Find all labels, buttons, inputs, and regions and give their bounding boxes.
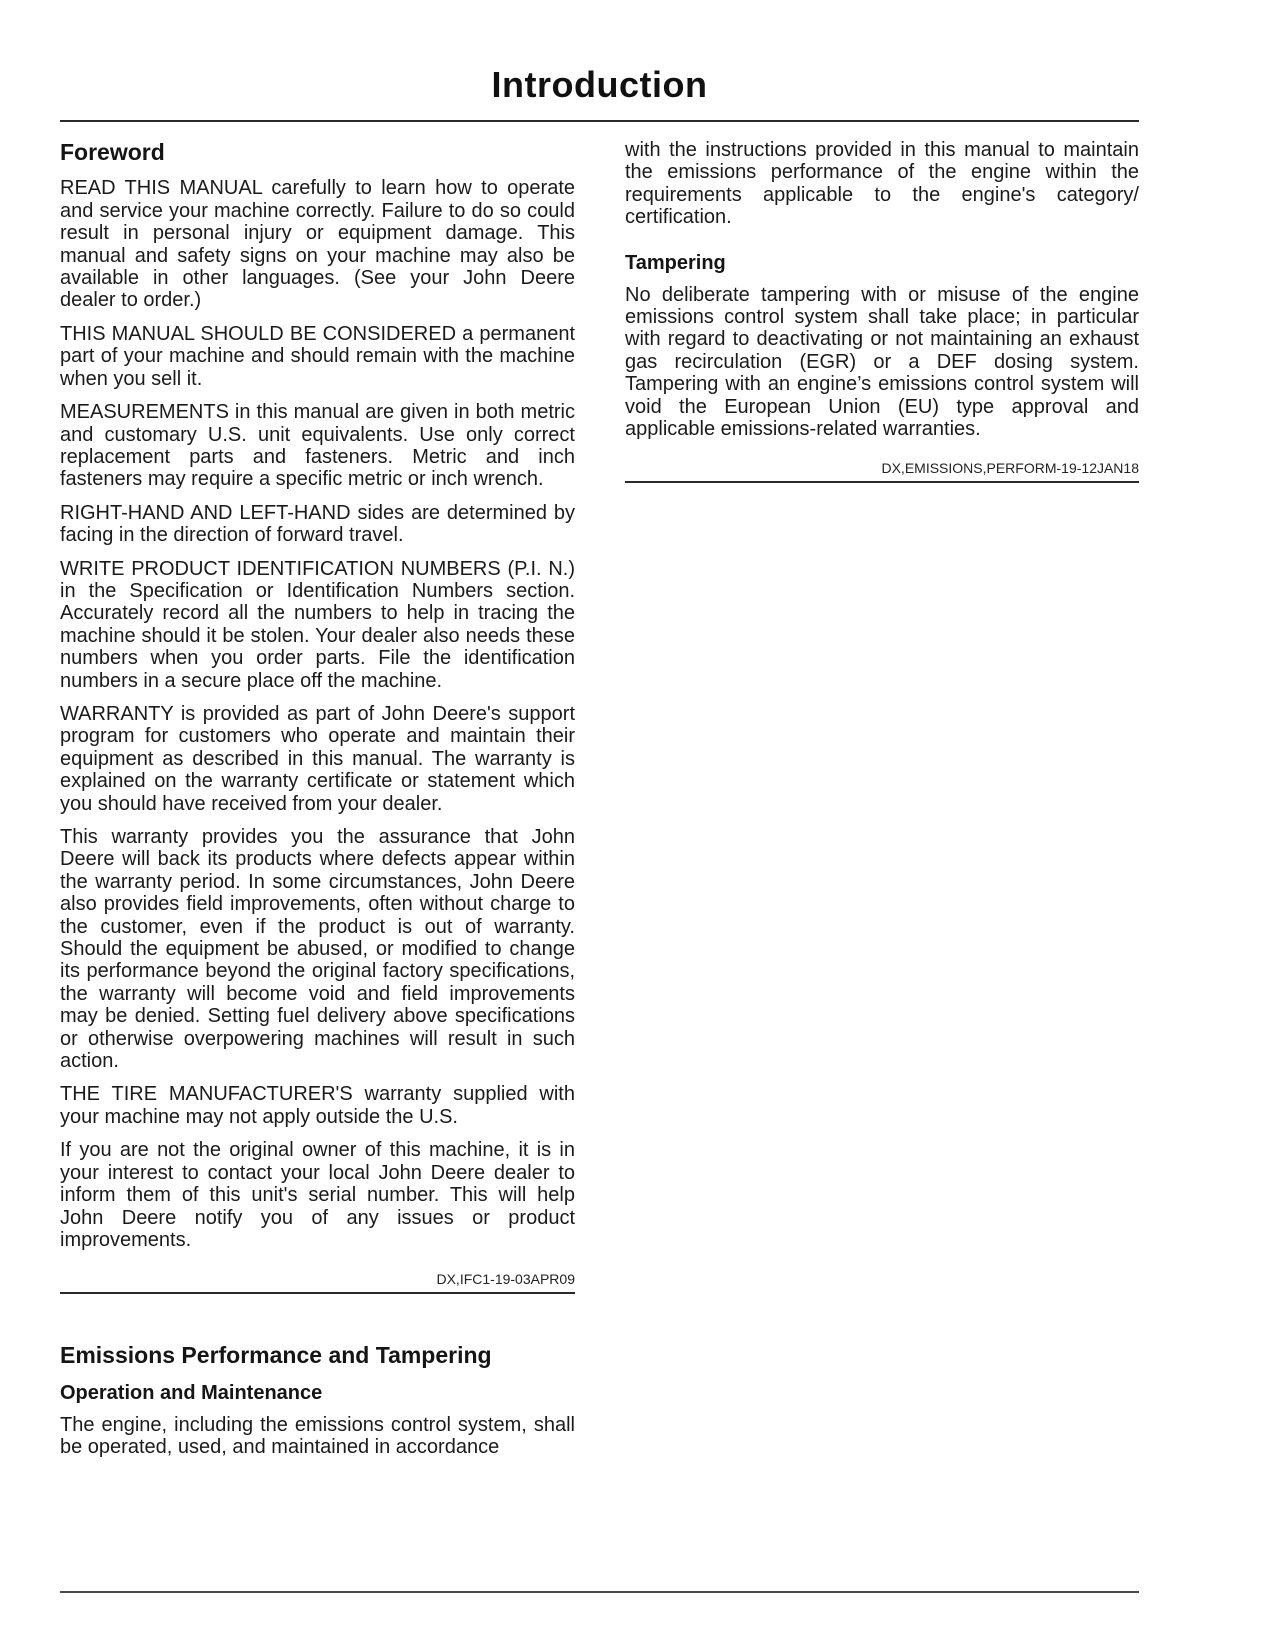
operation-maintenance-subheading: Operation and Maintenance [60, 1381, 575, 1405]
page-title: Introduction [60, 64, 1139, 106]
tampering-paragraph: No deliberate tampering with or misuse o… [625, 284, 1139, 441]
foreword-paragraph: If you are not the original owner of thi… [60, 1139, 575, 1251]
foreword-paragraph: WARRANTY is provided as part of John Dee… [60, 703, 575, 815]
foreword-paragraph: THE TIRE MANUFACTURER'S warranty supplie… [60, 1083, 575, 1128]
manual-page: Introduction Foreword READ THIS MANUAL c… [60, 0, 1139, 1459]
foreword-paragraph: RIGHT-HAND AND LEFT-HAND sides are deter… [60, 502, 575, 547]
continuation-paragraph: with the instructions provided in this m… [625, 139, 1139, 229]
emissions-heading: Emissions Performance and Tampering [60, 1342, 575, 1368]
title-divider [60, 120, 1139, 122]
left-column: Foreword READ THIS MANUAL carefully to l… [60, 139, 575, 1459]
tampering-subheading: Tampering [625, 251, 1139, 275]
emissions-section: Emissions Performance and Tampering Oper… [60, 1342, 575, 1458]
foreword-heading: Foreword [60, 139, 575, 165]
right-column: with the instructions provided in this m… [625, 139, 1139, 1459]
foreword-paragraph: THIS MANUAL SHOULD BE CONSIDERED a perma… [60, 323, 575, 390]
emissions-paragraph: The engine, including the emissions cont… [60, 1414, 575, 1459]
foreword-paragraph: WRITE PRODUCT IDENTIFICATION NUMBERS (P.… [60, 558, 575, 692]
foreword-paragraph: MEASUREMENTS in this manual are given in… [60, 401, 575, 491]
two-column-layout: Foreword READ THIS MANUAL carefully to l… [60, 139, 1139, 1459]
page-bottom-divider [60, 1591, 1139, 1593]
foreword-reference-code: DX,IFC1-19-03APR09 [60, 1271, 575, 1294]
foreword-paragraph: READ THIS MANUAL carefully to learn how … [60, 177, 575, 311]
foreword-paragraph: This warranty provides you the assurance… [60, 826, 575, 1072]
tampering-reference-code: DX,EMISSIONS,PERFORM-19-12JAN18 [625, 460, 1139, 483]
